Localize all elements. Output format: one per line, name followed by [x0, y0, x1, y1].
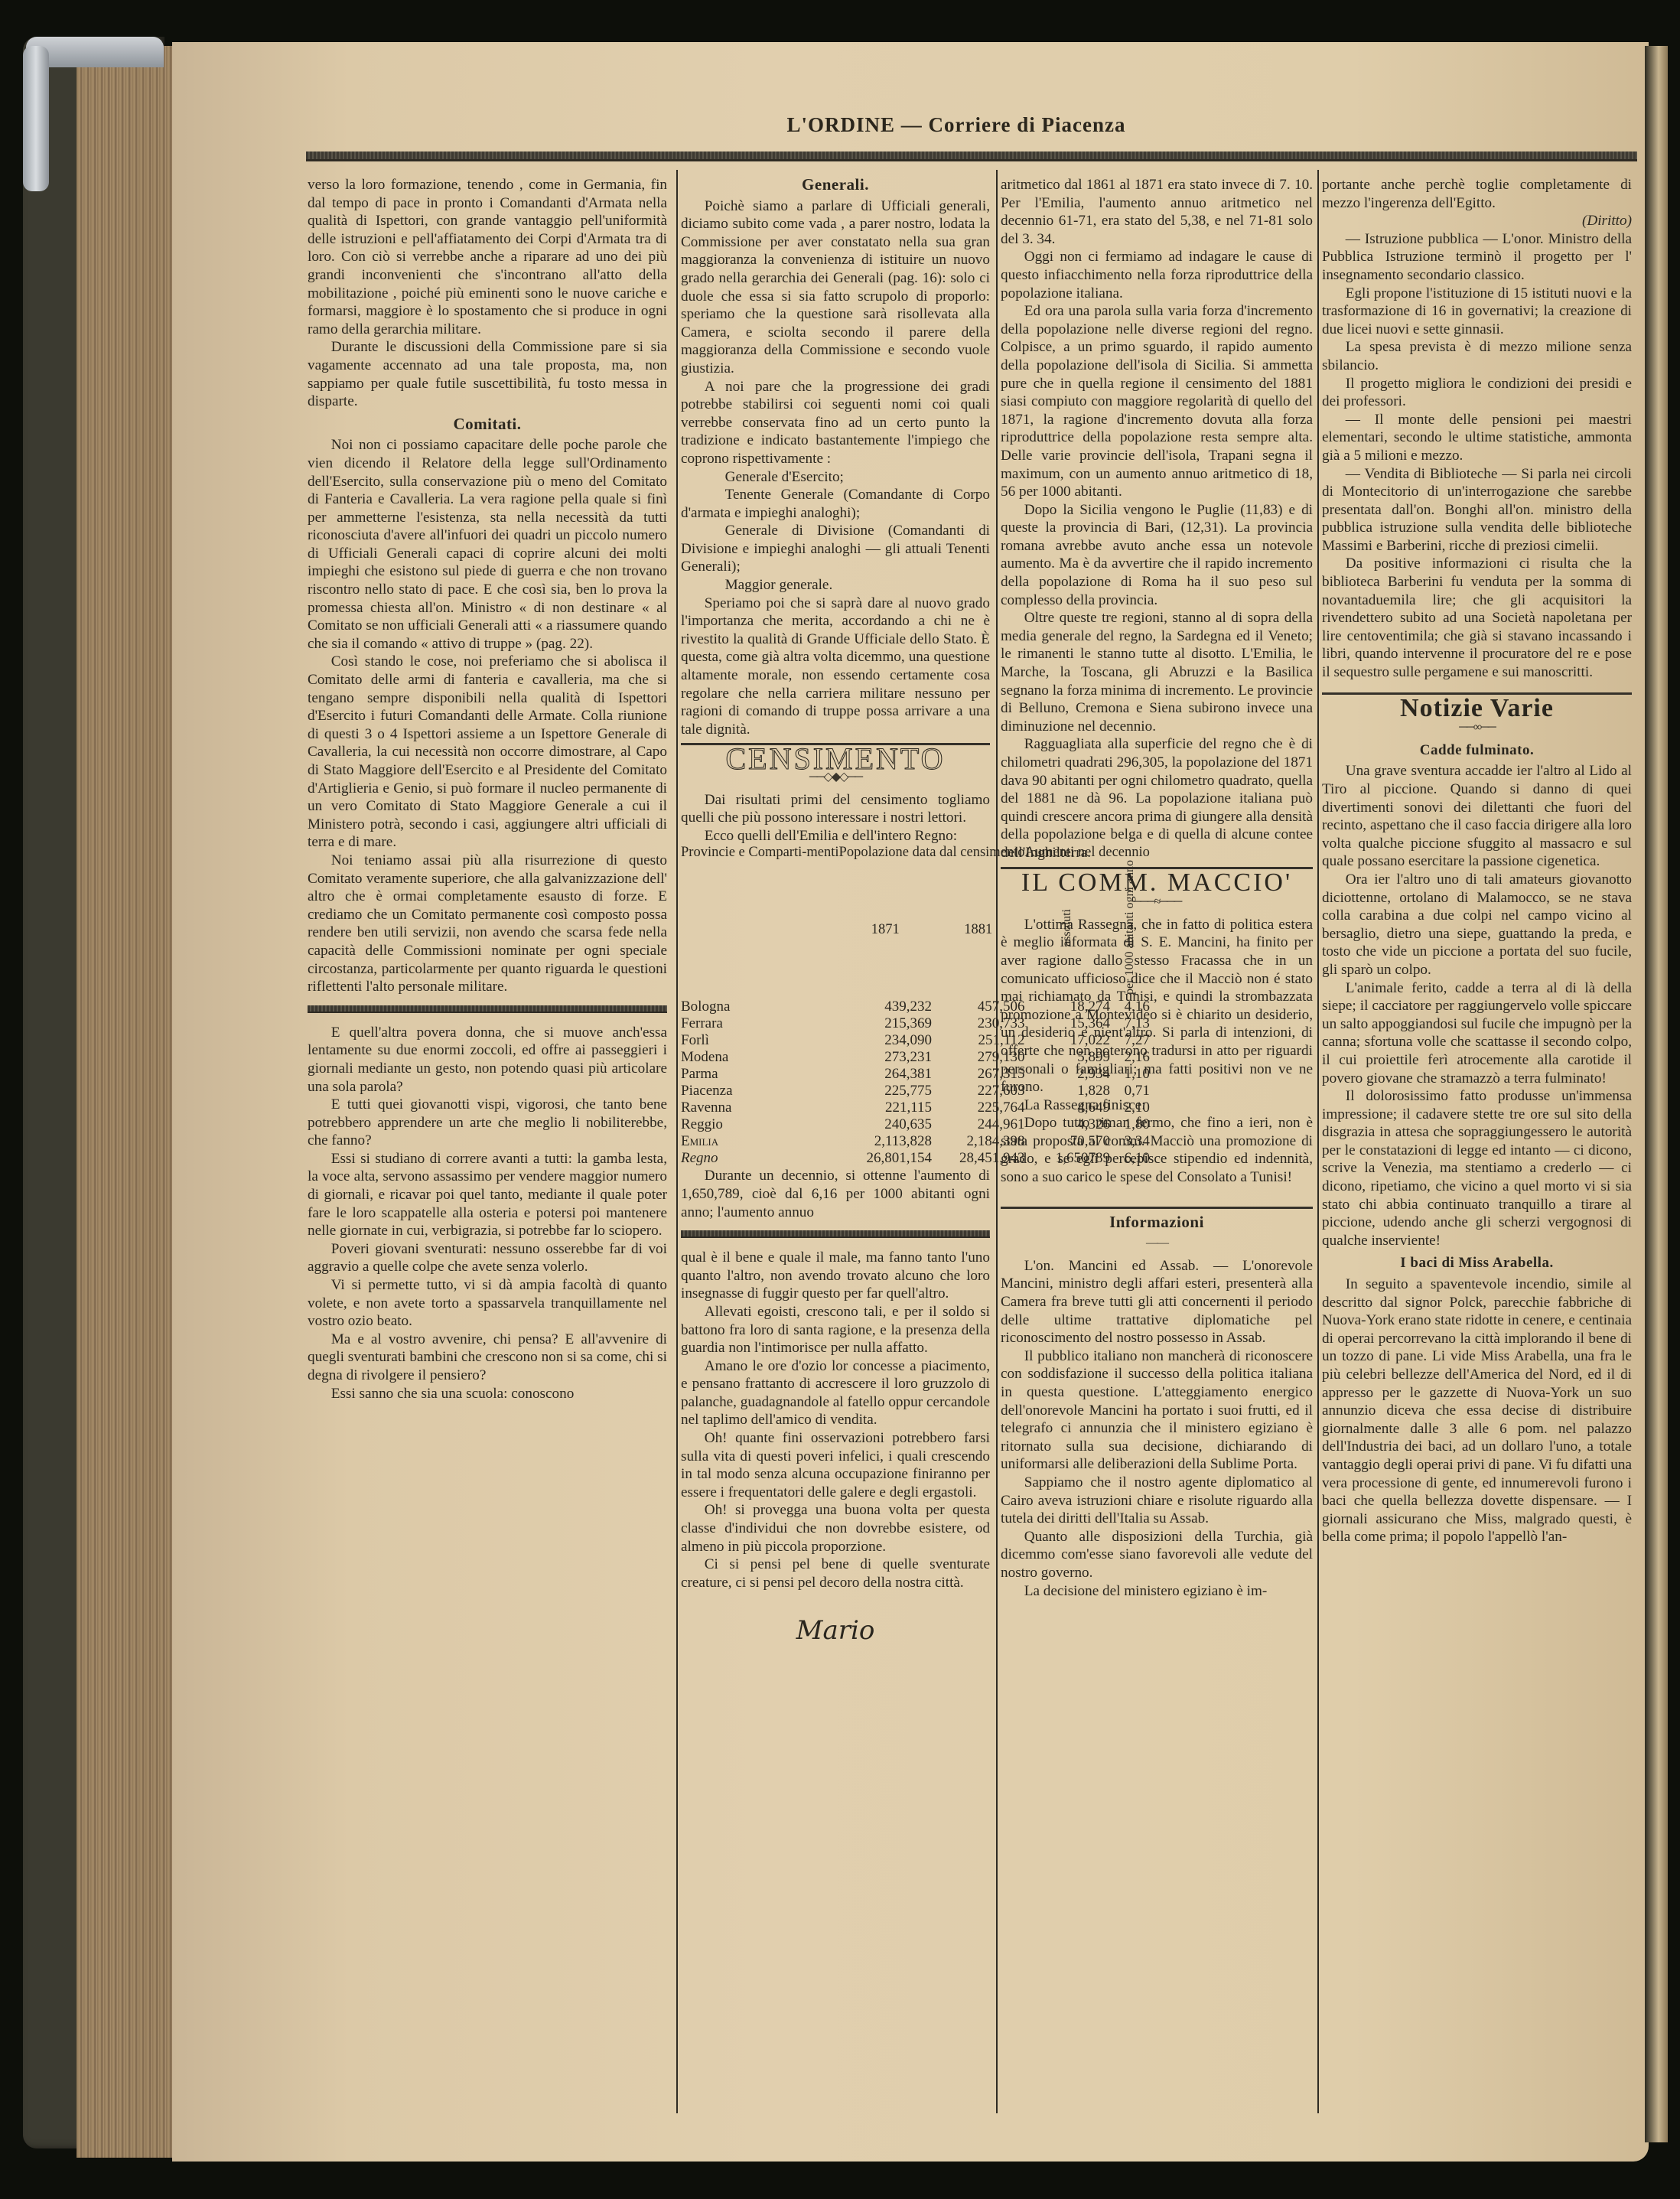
metal-corner-clip-side — [23, 46, 49, 191]
paragraph: Noi teniamo assai più alla risurrezione … — [308, 852, 667, 996]
source-attribution: (Diritto) — [1322, 212, 1632, 230]
paragraph: Oggi non ci fermiamo ad indagare le caus… — [1001, 248, 1313, 302]
appendix-paragraph: Poveri giovani sventurati: nessuno osser… — [308, 1240, 667, 1276]
column-4: portante anche perchè toglie completamen… — [1322, 176, 1632, 1546]
census-col-header-name: Provincie e Comparti-menti — [681, 845, 839, 860]
paragraph: Una grave sventura accadde ier l'altro a… — [1322, 762, 1632, 871]
section-title-informazioni: Informazioni — [1001, 1214, 1313, 1232]
paragraph: Poichè siamo a parlare di Ufficiali gene… — [681, 197, 990, 378]
paragraph: Noi non ci possiamo capacitare delle poc… — [308, 436, 667, 653]
appendix-paragraph: E quell'altra povera donna, che si muove… — [308, 1024, 667, 1096]
paragraph: Dopo la Sicilia vengono le Puglie (11,83… — [1001, 501, 1313, 610]
ornament-dash-icon: —— — [1001, 1234, 1313, 1253]
section-title-comitati: Comitati. — [308, 415, 667, 434]
appendix-divider — [308, 1005, 667, 1013]
census-year-1871: 1871 — [839, 860, 933, 999]
paragraph: Quanto alle disposizioni della Turchia, … — [1001, 1528, 1313, 1582]
running-header: L'ORDINE — Corriere di Piacenza — [306, 113, 1607, 137]
section-title-generali: Generali. — [681, 176, 990, 194]
paragraph: Ragguagliata alla superficie del regno c… — [1001, 735, 1313, 862]
rank-item: Tenente Generale (Comandante di Corpo d'… — [681, 486, 990, 522]
paragraph: La decisione del ministero egiziano è im… — [1001, 1582, 1313, 1601]
paragraph: Dai risultati primi del censimento togli… — [681, 791, 990, 827]
paragraph: Ora ier l'altro uno di tali amateurs gio… — [1322, 871, 1632, 979]
paragraph: verso la loro formazione, tenendo , come… — [308, 176, 667, 338]
paragraph: Speriamo poi che si saprà dare al nuovo … — [681, 595, 990, 739]
appendix-paragraph: qual è il bene e quale il male, ma fanno… — [681, 1249, 990, 1303]
column-2: Generali. Poichè siamo a parlare di Uffi… — [681, 176, 990, 1640]
column-rule — [676, 170, 678, 2113]
subsection-title-baci-arabella: I baci di Miss Arabella. — [1322, 1254, 1632, 1272]
paragraph: A noi pare che la progressione dei gradi… — [681, 378, 990, 468]
paragraph: Egli propone l'istituzione di 15 istitut… — [1322, 285, 1632, 339]
appendix-paragraph: Ma e al vostro avvenire, chi pensa? E al… — [308, 1331, 667, 1385]
subsection-title-cadde-fulminato: Cadde fulminato. — [1322, 741, 1632, 760]
appendix-paragraph: Essi si studiano di correre avanti a tut… — [308, 1150, 667, 1240]
rank-item: Generale d'Esercito; — [681, 468, 990, 487]
paragraph: — Istruzione pubblica — L'onor. Ministro… — [1322, 230, 1632, 285]
paragraph: Durante le discussioni della Commissione… — [308, 338, 667, 410]
paragraph: L'animale ferito, cadde a terra al di là… — [1322, 979, 1632, 1088]
paragraph: Il dolorosissimo fatto produsse un'immen… — [1322, 1087, 1632, 1249]
column-3: aritmetico dal 1861 al 1871 era stato in… — [1001, 176, 1313, 1600]
appendix-paragraph: Allevati egoisti, crescono tali, e per i… — [681, 1303, 990, 1357]
paragraph: — Il monte delle pensioni pei maestri el… — [1322, 411, 1632, 465]
paragraph: Dopo tutto riman fermo, che fino a ieri,… — [1001, 1114, 1313, 1186]
paragraph: Durante un decennio, si ottenne l'aument… — [681, 1167, 990, 1221]
column-1: verso la loro formazione, tenendo , come… — [308, 176, 667, 1402]
paragraph: Ecco quelli dell'Emilia e dell'intero Re… — [681, 827, 990, 845]
appendix-paragraph: Oh! si provegga una buona volta per ques… — [681, 1501, 990, 1556]
paragraph: aritmetico dal 1861 al 1871 era stato in… — [1001, 176, 1313, 248]
appendix-paragraph: Oh! quante fini osservazioni potrebbero … — [681, 1429, 990, 1501]
appendix-paragraph: Amano le ore d'ozio lor concesse a piaci… — [681, 1357, 990, 1429]
appendix-divider — [681, 1230, 990, 1238]
paragraph: L'ottima Rassegna, che in fatto di polit… — [1001, 916, 1313, 1096]
census-title: CENSIMENTO — [681, 750, 990, 768]
paragraph: portante anche perchè toglie completamen… — [1322, 176, 1632, 212]
paragraph: Oltre queste tre regioni, stanno al di s… — [1001, 609, 1313, 735]
author-signature: Mario — [681, 1622, 990, 1640]
paragraph: In seguito a spaventevole incendio, simi… — [1322, 1275, 1632, 1546]
appendix-paragraph: Ci si pensi pel bene di quelle sventurat… — [681, 1556, 990, 1591]
paragraph: L'on. Mancini ed Assab. — L'onorevole Ma… — [1001, 1257, 1313, 1347]
rank-item: Maggior generale. — [681, 576, 990, 595]
paragraph: Così stando le cose, noi preferiamo che … — [308, 653, 667, 852]
column-rule — [1317, 170, 1319, 2113]
paragraph: Il pubblico italiano non mancherà di ric… — [1001, 1347, 1313, 1474]
section-rule — [1001, 1207, 1313, 1209]
page-right-edge — [1645, 46, 1668, 2142]
section-title-notizie-varie: Notizie Varie — [1322, 699, 1632, 718]
paragraph: Ed ora una parola sulla varia forza d'in… — [1001, 302, 1313, 501]
paragraph: Sappiamo che il nostro agente diplomatic… — [1001, 1474, 1313, 1528]
appendix-paragraph: E tutti quei giovanotti vispi, vigorosi,… — [308, 1096, 667, 1150]
rank-list: Generale d'Esercito; Tenente Generale (C… — [681, 468, 990, 595]
ornament-flourish-icon: ──∞── — [1322, 718, 1632, 737]
paragraph: Da positive informazioni ci risulta che … — [1322, 555, 1632, 681]
paragraph: Il progetto migliora le condizioni dei p… — [1322, 375, 1632, 411]
census-col-header-population: Popolazione data dal censimento — [839, 845, 1025, 860]
header-rule — [306, 151, 1637, 161]
article-title-maccio: IL COMM. MACCIO' — [1001, 874, 1313, 892]
rank-item: Generale di Divisione (Comandanti di Div… — [681, 522, 990, 576]
paragraph: La Rassegna finisce: — [1001, 1096, 1313, 1115]
appendix-paragraph: Vi si permette tutto, vi si dà ampia fac… — [308, 1276, 667, 1331]
paragraph: La spesa prevista è di mezzo milione sen… — [1322, 338, 1632, 374]
paragraph: — Vendita di Biblioteche — Si parla nei … — [1322, 465, 1632, 555]
appendix-paragraph: Essi sanno che sia una scuola: conoscono — [308, 1385, 667, 1403]
